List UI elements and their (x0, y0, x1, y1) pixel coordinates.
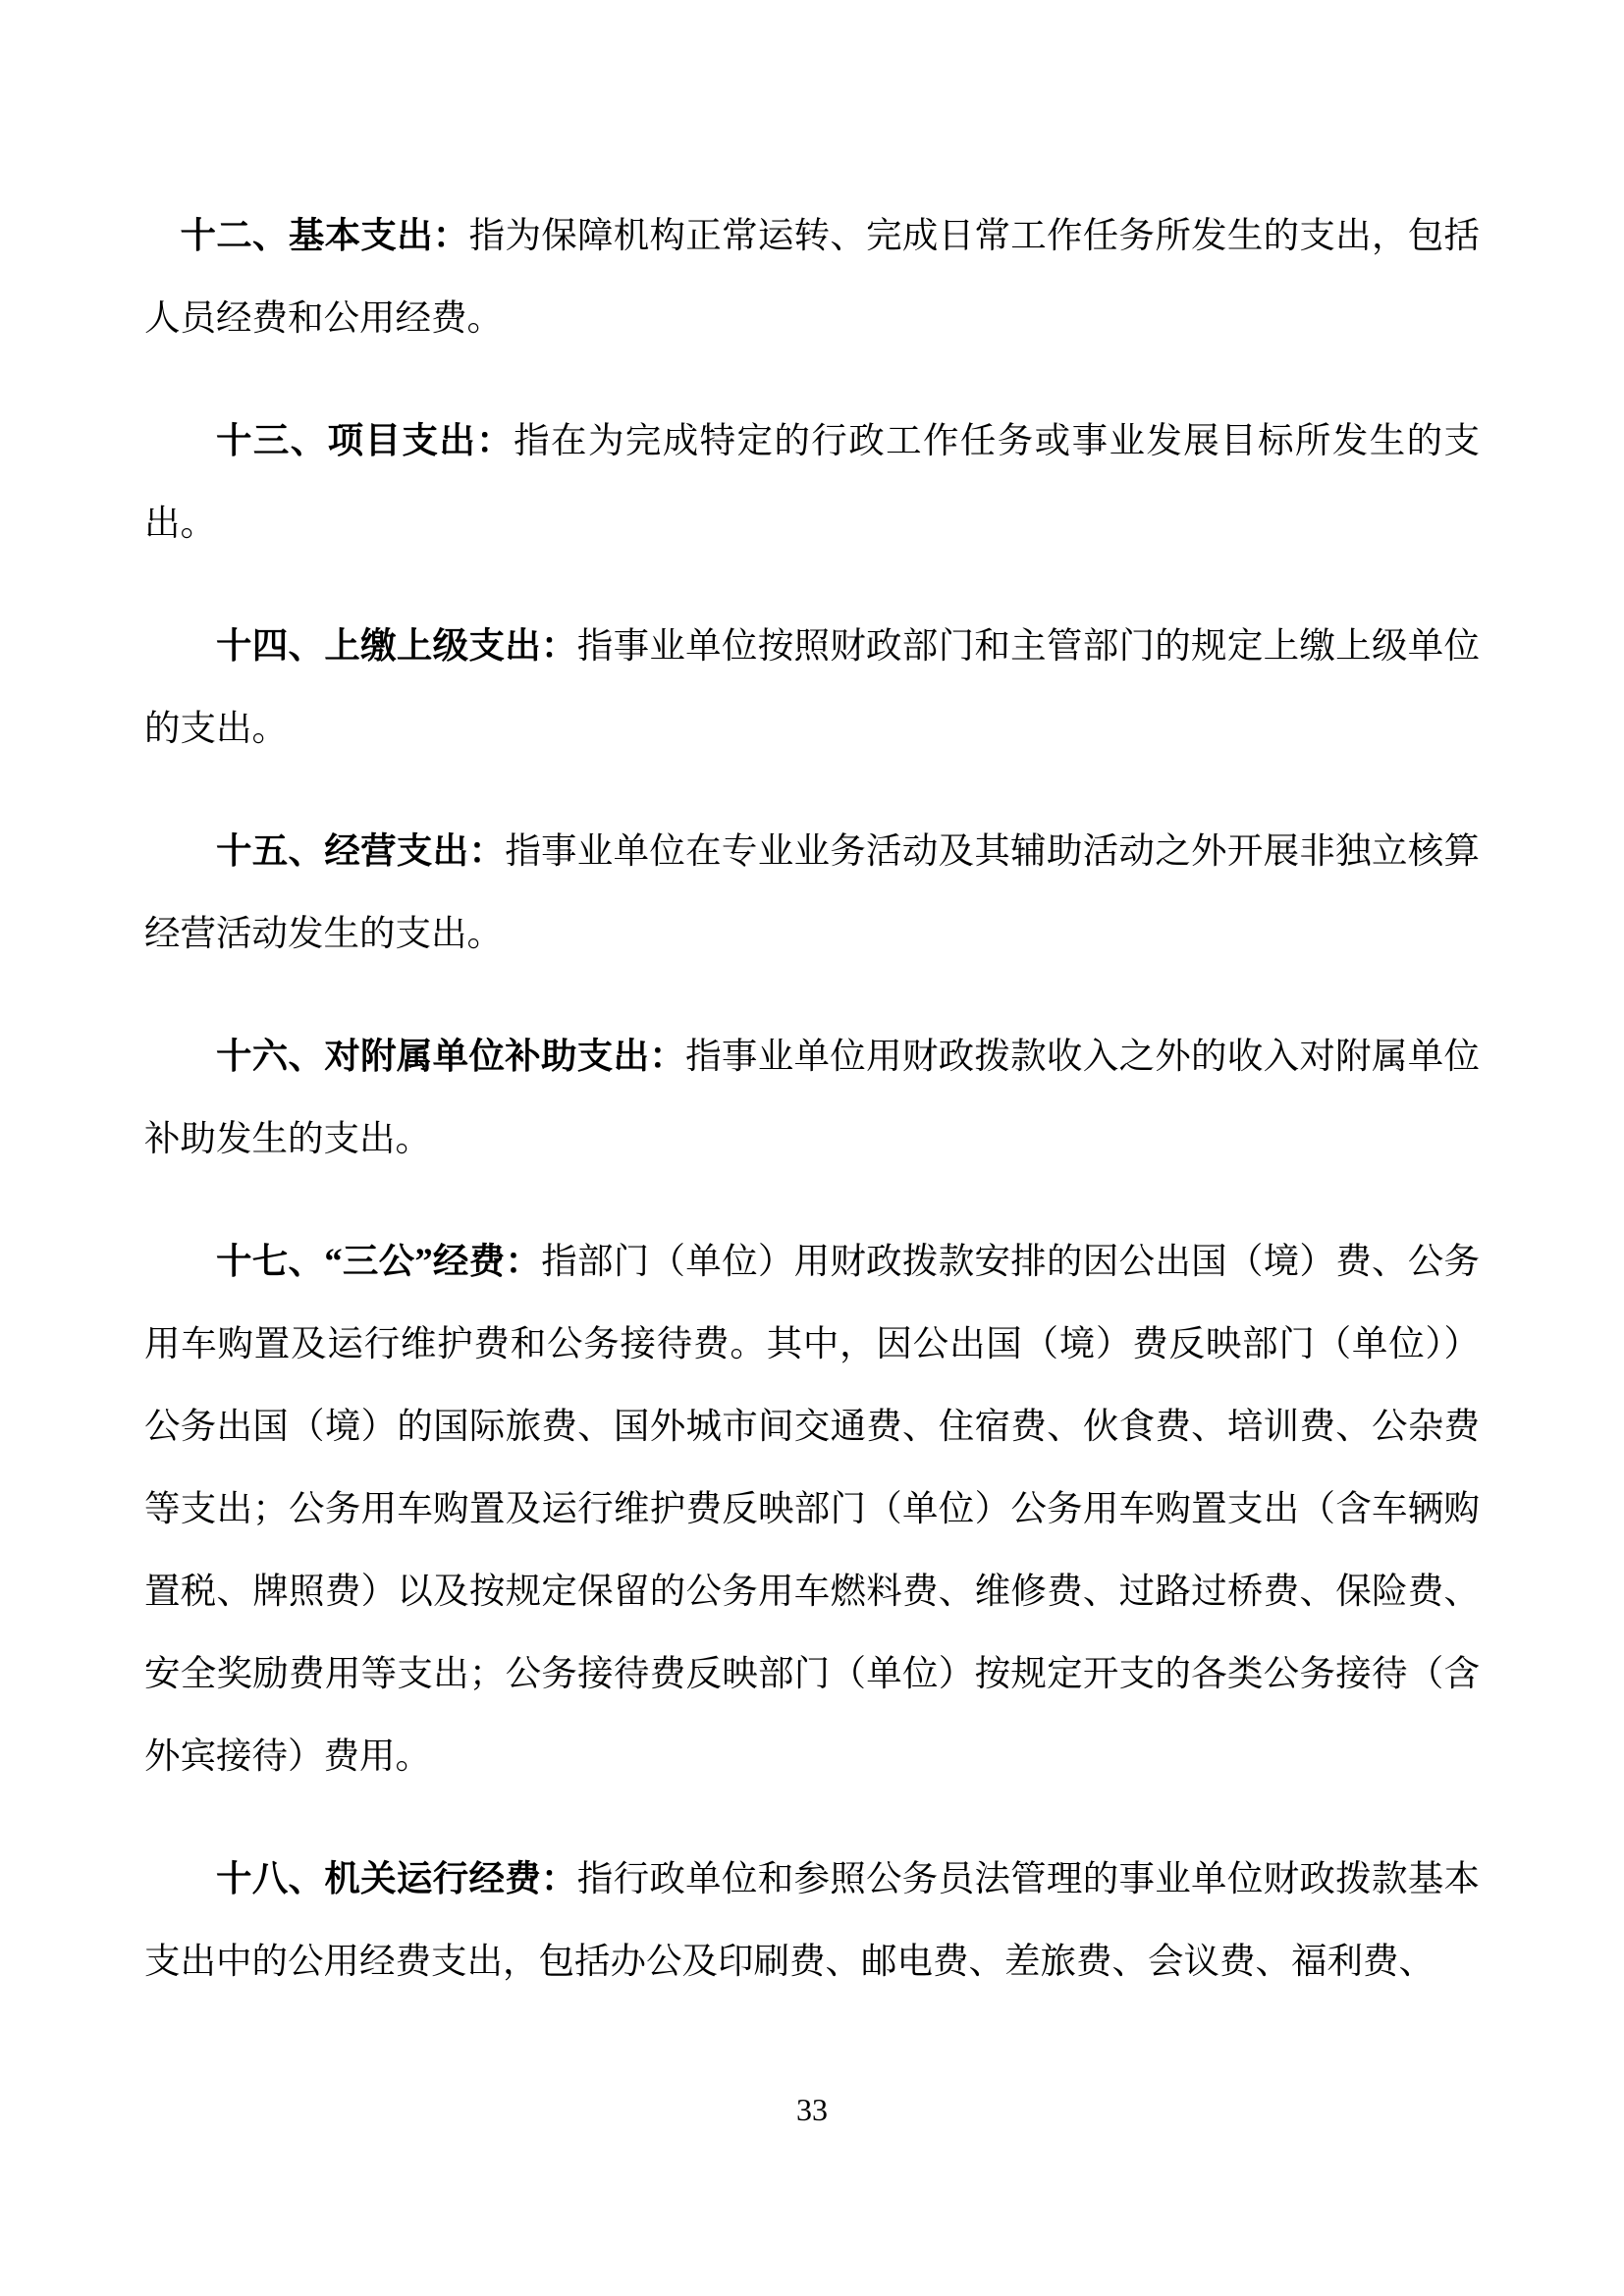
paragraph-text: 指部门（单位）用财政拨款安排的因公出国（境）费、公务用车购置及运行维护费和公务接… (144, 1241, 1480, 1776)
paragraph-heading: 十七、“三公”经费： (216, 1241, 541, 1281)
paragraph-item-12: 十二、基本支出：指为保障机构正常运转、完成日常工作任务所发生的支出，包括人员经费… (144, 194, 1480, 359)
paragraph-heading: 十五、经营支出： (216, 830, 505, 871)
paragraph-item-18: 十八、机关运行经费：指行政单位和参照公务员法管理的事业单位财政拨款基本支出中的公… (144, 1838, 1480, 2002)
page-number: 33 (0, 2092, 1624, 2127)
paragraph-heading: 十二、基本支出： (181, 215, 469, 255)
paragraph-item-17: 十七、“三公”经费：指部门（单位）用财政拨款安排的因公出国（境）费、公务用车购置… (144, 1220, 1480, 1797)
document-page: 十二、基本支出：指为保障机构正常运转、完成日常工作任务所发生的支出，包括人员经费… (0, 0, 1624, 2296)
paragraph-item-16: 十六、对附属单位补助支出：指事业单位用财政拨款收入之外的收入对附属单位补助发生的… (144, 1015, 1480, 1180)
paragraph-item-13: 十三、项目支出：指在为完成特定的行政工作任务或事业发展目标所发生的支出。 (144, 400, 1480, 564)
paragraph-heading: 十八、机关运行经费： (216, 1858, 577, 1898)
document-body: 十二、基本支出：指为保障机构正常运转、完成日常工作任务所发生的支出，包括人员经费… (144, 194, 1480, 2043)
paragraph-item-15: 十五、经营支出：指事业单位在专业业务活动及其辅助活动之外开展非独立核算经营活动发… (144, 810, 1480, 975)
paragraph-heading: 十四、上缴上级支出： (216, 625, 577, 666)
paragraph-heading: 十六、对附属单位补助支出： (216, 1036, 685, 1076)
paragraph-heading: 十三、项目支出： (216, 420, 514, 460)
paragraph-item-14: 十四、上缴上级支出：指事业单位按照财政部门和主管部门的规定上缴上级单位的支出。 (144, 605, 1480, 770)
